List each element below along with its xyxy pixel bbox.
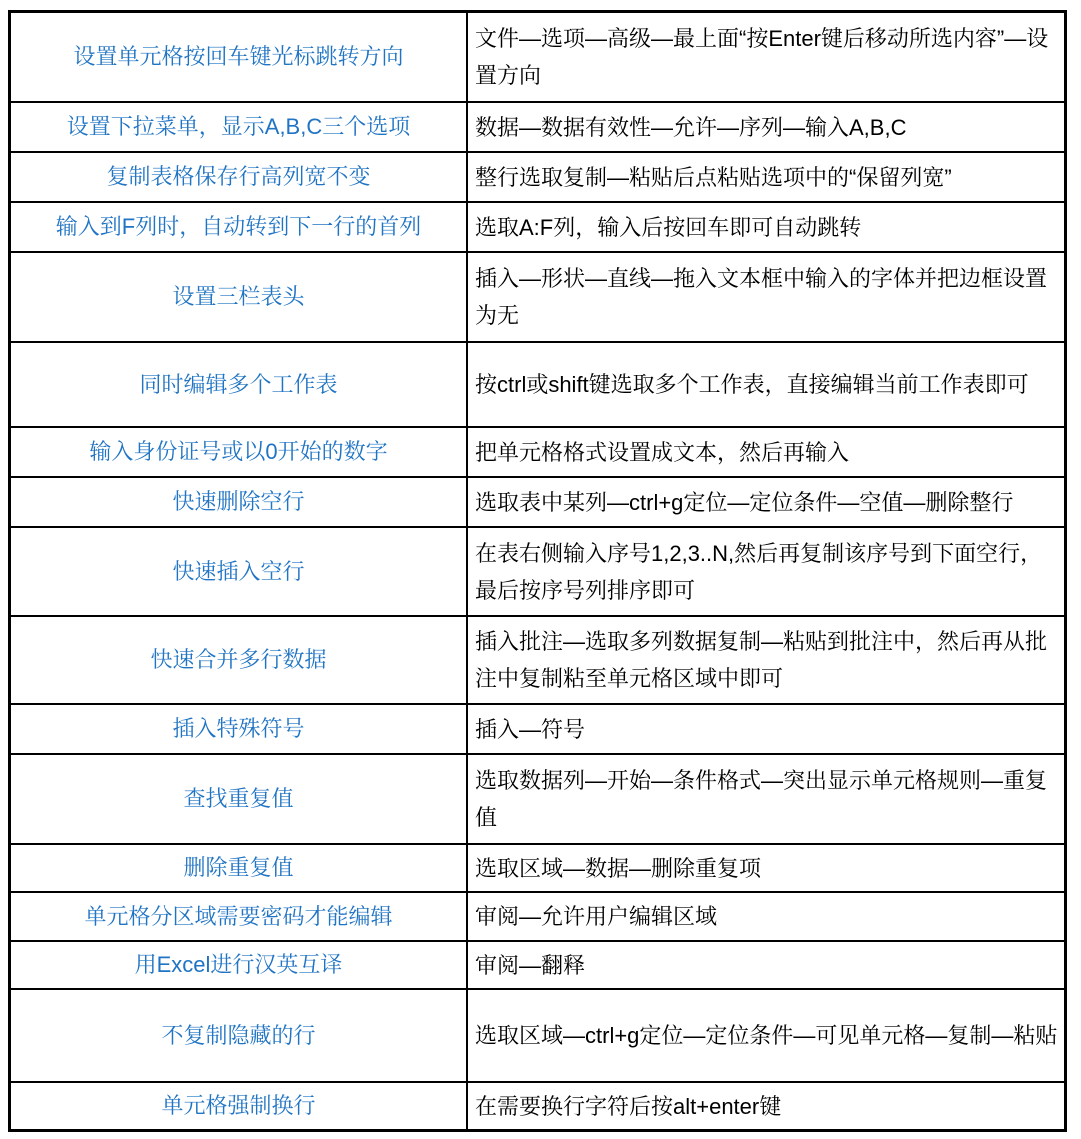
tip-instruction-cell: 选取区域—ctrl+g定位—定位条件—可见单元格—复制—粘贴 (468, 990, 1064, 1081)
tip-instruction: 选取数据列—开始—条件格式—突出显示单元格规则—重复值 (475, 762, 1060, 836)
excel-tips-table: 设置单元格按回车键光标跳转方向 文件—选项—高级—最上面“按Enter键后移动所… (8, 10, 1067, 1132)
tip-title-cell: 快速删除空行 (11, 478, 468, 526)
tip-title-cell: 快速合并多行数据 (11, 617, 468, 703)
tip-instruction-cell: 选取数据列—开始—条件格式—突出显示单元格规则—重复值 (468, 755, 1064, 843)
tip-instruction-cell: 把单元格格式设置成文本，然后再输入 (468, 428, 1064, 476)
tip-title: 用Excel进行汉英互译 (135, 948, 343, 982)
table-row: 设置单元格按回车键光标跳转方向 文件—选项—高级—最上面“按Enter键后移动所… (11, 13, 1064, 101)
tip-title-cell: 删除重复值 (11, 845, 468, 891)
tip-title: 单元格强制换行 (161, 1089, 315, 1123)
tip-title: 快速插入空行 (172, 555, 304, 589)
table-row: 查找重复值 选取数据列—开始—条件格式—突出显示单元格规则—重复值 (11, 753, 1064, 843)
tip-instruction-cell: 按ctrl或shift键选取多个工作表，直接编辑当前工作表即可 (468, 343, 1064, 426)
tip-title: 快速删除空行 (172, 485, 304, 519)
tip-instruction-cell: 选取A:F列，输入后按回车即可自动跳转 (468, 203, 1064, 251)
table-row: 输入到F列时，自动转到下一行的首列 选取A:F列，输入后按回车即可自动跳转 (11, 201, 1064, 251)
tip-title: 复制表格保存行高列宽不变 (106, 160, 370, 194)
tip-title-cell: 复制表格保存行高列宽不变 (11, 153, 468, 201)
table-row: 单元格分区域需要密码才能编辑 审阅—允许用户编辑区域 (11, 891, 1064, 940)
tip-title: 设置下拉菜单，显示A,B,C三个选项 (67, 110, 410, 144)
tip-title: 删除重复值 (183, 851, 293, 885)
tip-title-cell: 用Excel进行汉英互译 (11, 942, 468, 988)
tip-instruction-cell: 选取区域—数据—删除重复项 (468, 845, 1064, 891)
tip-title: 不复制隐藏的行 (161, 1019, 315, 1053)
tip-title: 快速合并多行数据 (150, 643, 326, 677)
tip-title-cell: 同时编辑多个工作表 (11, 343, 468, 426)
tip-title: 设置三栏表头 (172, 280, 304, 314)
tip-title-cell: 输入到F列时，自动转到下一行的首列 (11, 203, 468, 251)
table-row: 复制表格保存行高列宽不变 整行选取复制—粘贴后点粘贴选项中的“保留列宽” (11, 151, 1064, 201)
tip-instruction-cell: 文件—选项—高级—最上面“按Enter键后移动所选内容”—设置方向 (468, 13, 1064, 101)
tip-title: 插入特殊符号 (172, 712, 304, 746)
tip-instruction: 审阅—允许用户编辑区域 (475, 898, 717, 935)
table-row: 插入特殊符号 插入—符号 (11, 703, 1064, 753)
tip-title-cell: 快速插入空行 (11, 528, 468, 615)
tip-instruction-cell: 审阅—翻释 (468, 942, 1064, 988)
tip-title-cell: 单元格强制换行 (11, 1083, 468, 1129)
tip-instruction-cell: 在需要换行字符后按alt+enter键 (468, 1083, 1064, 1129)
tip-instruction: 数据—数据有效性—允许—序列—输入A,B,C (475, 109, 906, 146)
tip-title: 查找重复值 (183, 782, 293, 816)
tip-instruction: 选取区域—数据—删除重复项 (475, 850, 761, 887)
tip-title: 同时编辑多个工作表 (139, 368, 337, 402)
table-row: 输入身份证号或以0开始的数字 把单元格格式设置成文本，然后再输入 (11, 426, 1064, 476)
table-row: 快速合并多行数据 插入批注—选取多列数据复制—粘贴到批注中，然后再从批注中复制粘… (11, 615, 1064, 703)
tip-instruction: 选取A:F列，输入后按回车即可自动跳转 (475, 209, 861, 246)
table-row: 单元格强制换行 在需要换行字符后按alt+enter键 (11, 1081, 1064, 1129)
tip-instruction: 选取表中某列—ctrl+g定位—定位条件—空值—删除整行 (475, 484, 1013, 521)
tip-instruction-cell: 插入批注—选取多列数据复制—粘贴到批注中，然后再从批注中复制粘至单元格区域中即可 (468, 617, 1064, 703)
table-row: 快速删除空行 选取表中某列—ctrl+g定位—定位条件—空值—删除整行 (11, 476, 1064, 526)
table-row: 删除重复值 选取区域—数据—删除重复项 (11, 843, 1064, 891)
tip-instruction: 审阅—翻释 (475, 947, 585, 984)
tip-instruction: 整行选取复制—粘贴后点粘贴选项中的“保留列宽” (475, 159, 952, 196)
table-row: 设置三栏表头 插入—形状—直线—拖入文本框中输入的字体并把边框设置为无 (11, 251, 1064, 341)
tip-title-cell: 设置三栏表头 (11, 253, 468, 341)
tip-title-cell: 设置单元格按回车键光标跳转方向 (11, 13, 468, 101)
tip-instruction-cell: 插入—符号 (468, 705, 1064, 753)
tip-title: 输入身份证号或以0开始的数字 (89, 435, 387, 469)
tip-instruction: 文件—选项—高级—最上面“按Enter键后移动所选内容”—设置方向 (475, 20, 1060, 94)
tip-instruction: 选取区域—ctrl+g定位—定位条件—可见单元格—复制—粘贴 (475, 1017, 1057, 1054)
tip-instruction-cell: 数据—数据有效性—允许—序列—输入A,B,C (468, 103, 1064, 151)
table-row: 快速插入空行 在表右侧输入序号1,2,3..N,然后再复制该序号到下面空行，最后… (11, 526, 1064, 615)
tip-instruction: 插入批注—选取多列数据复制—粘贴到批注中，然后再从批注中复制粘至单元格区域中即可 (475, 623, 1060, 697)
table-row: 设置下拉菜单，显示A,B,C三个选项 数据—数据有效性—允许—序列—输入A,B,… (11, 101, 1064, 151)
tip-instruction: 在需要换行字符后按alt+enter键 (475, 1088, 781, 1125)
tip-instruction-cell: 审阅—允许用户编辑区域 (468, 893, 1064, 940)
tip-title: 输入到F列时，自动转到下一行的首列 (56, 210, 421, 244)
tip-instruction-cell: 选取表中某列—ctrl+g定位—定位条件—空值—删除整行 (468, 478, 1064, 526)
tip-title: 单元格分区域需要密码才能编辑 (84, 900, 392, 934)
tip-title: 设置单元格按回车键光标跳转方向 (73, 40, 403, 74)
table-row: 同时编辑多个工作表 按ctrl或shift键选取多个工作表，直接编辑当前工作表即… (11, 341, 1064, 426)
table-row: 不复制隐藏的行 选取区域—ctrl+g定位—定位条件—可见单元格—复制—粘贴 (11, 988, 1064, 1081)
tip-title-cell: 不复制隐藏的行 (11, 990, 468, 1081)
tip-instruction: 把单元格格式设置成文本，然后再输入 (475, 434, 849, 471)
tip-instruction: 插入—形状—直线—拖入文本框中输入的字体并把边框设置为无 (475, 260, 1060, 334)
tip-title-cell: 插入特殊符号 (11, 705, 468, 753)
tip-title-cell: 单元格分区域需要密码才能编辑 (11, 893, 468, 940)
tip-title-cell: 设置下拉菜单，显示A,B,C三个选项 (11, 103, 468, 151)
tip-title-cell: 查找重复值 (11, 755, 468, 843)
tip-instruction: 插入—符号 (475, 711, 585, 748)
tip-instruction-cell: 在表右侧输入序号1,2,3..N,然后再复制该序号到下面空行，最后按序号列排序即… (468, 528, 1064, 615)
tip-instruction-cell: 整行选取复制—粘贴后点粘贴选项中的“保留列宽” (468, 153, 1064, 201)
tip-instruction: 在表右侧输入序号1,2,3..N,然后再复制该序号到下面空行，最后按序号列排序即… (475, 535, 1060, 609)
tip-instruction-cell: 插入—形状—直线—拖入文本框中输入的字体并把边框设置为无 (468, 253, 1064, 341)
tip-title-cell: 输入身份证号或以0开始的数字 (11, 428, 468, 476)
table-row: 用Excel进行汉英互译 审阅—翻释 (11, 940, 1064, 988)
tip-instruction: 按ctrl或shift键选取多个工作表，直接编辑当前工作表即可 (475, 366, 1029, 403)
